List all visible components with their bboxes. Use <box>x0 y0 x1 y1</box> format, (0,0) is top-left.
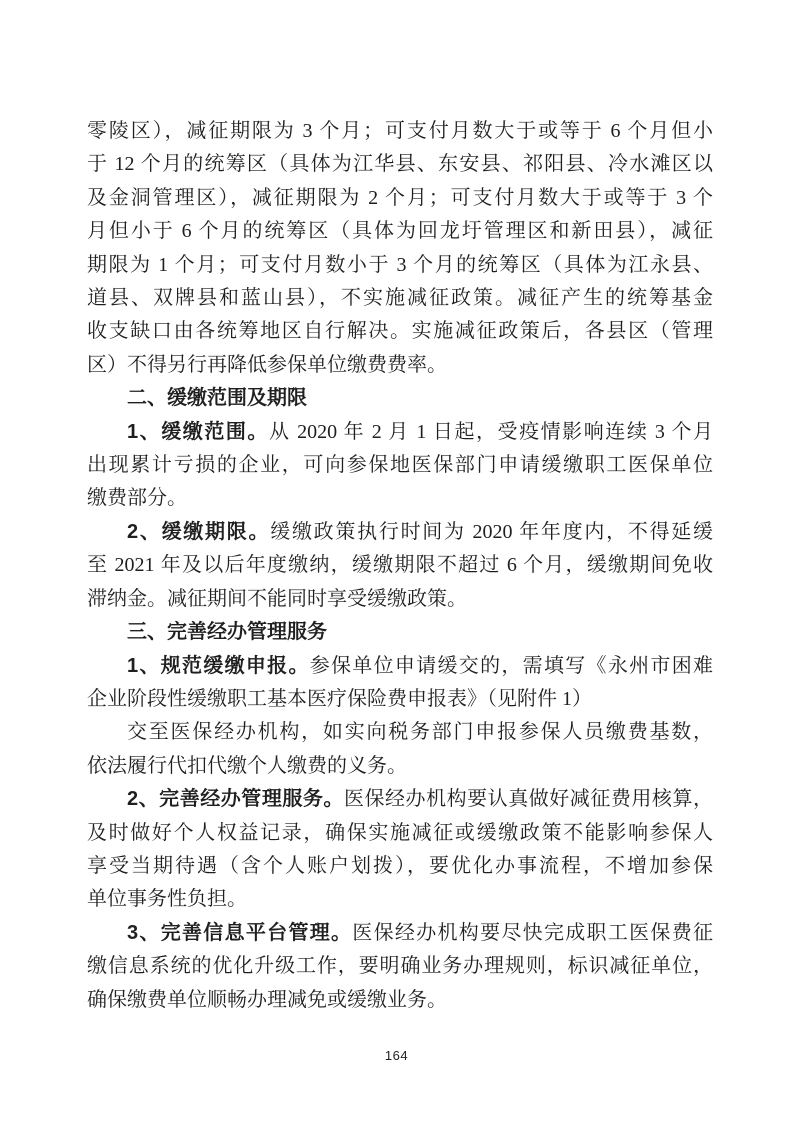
line-text: 及时做好个人权益记录，确保实施减征或缓缴政策不能影响参保人 <box>87 822 713 844</box>
document-line: 1、缓缴范围。从 2020 年 2 月 1 日起，受疫情影响连续 3 个月 <box>87 416 713 449</box>
line-text: 依法履行代扣代缴个人缴费的义务。 <box>87 755 407 777</box>
document-line: 零陵区），减征期限为 3 个月；可支付月数大于或等于 6 个月但小 <box>87 115 713 148</box>
document-line: 2、完善经办管理服务。医保经办机构要认真做好减征费用核算， <box>87 783 713 816</box>
document-line: 出现累计亏损的企业，可向参保地医保部门申请缓缴职工医保单位 <box>87 449 713 482</box>
document-line: 道县、双牌县和蓝山县），不实施减征政策。减征产生的统筹基金 <box>87 282 713 315</box>
document-line: 于 12 个月的统筹区（具体为江华县、东安县、祁阳县、冷水滩区以 <box>87 148 713 181</box>
document-page: 零陵区），减征期限为 3 个月；可支付月数大于或等于 6 个月但小于 12 个月… <box>0 0 793 1122</box>
document-line: 依法履行代扣代缴个人缴费的义务。 <box>87 750 713 783</box>
document-line: 及金洞管理区），减征期限为 2 个月；可支付月数大于或等于 3 个 <box>87 182 713 215</box>
line-text: 医保经办机构要尽快完成职工医保费征 <box>352 922 713 944</box>
document-line: 2、缓缴期限。缓缴政策执行时间为 2020 年年度内，不得延缓 <box>87 516 713 549</box>
line-text: 单位事务性负担。 <box>87 888 247 910</box>
line-text: 至 2021 年及以后年度缴纳，缓缴期限不超过 6 个月，缓缴期间免收 <box>87 554 713 576</box>
line-lead: 三、完善经办管理服务 <box>127 621 327 643</box>
line-text: 期限为 1 个月；可支付月数小于 3 个月的统筹区（具体为江永县、 <box>87 254 713 276</box>
line-text: 于 12 个月的统筹区（具体为江华县、东安县、祁阳县、冷水滩区以 <box>87 153 713 175</box>
line-text: 出现累计亏损的企业，可向参保地医保部门申请缓缴职工医保单位 <box>87 454 713 476</box>
document-line: 及时做好个人权益记录，确保实施减征或缓缴政策不能影响参保人 <box>87 817 713 850</box>
line-text: 参保单位申请缓交的，需填写《永州市困难 <box>310 655 713 677</box>
document-line: 区）不得另行再降低参保单位缴费费率。 <box>87 349 713 382</box>
document-line: 缴费部分。 <box>87 482 713 515</box>
line-text: 缴信息系统的优化升级工作，要明确业务办理规则，标识减征单位， <box>87 955 713 977</box>
document-line: 享受当期待遇（含个人账户划拨），要优化办事流程，不增加参保 <box>87 850 713 883</box>
document-line: 二、缓缴范围及期限 <box>87 382 713 415</box>
line-lead: 2、缓缴期限。 <box>127 521 270 543</box>
document-line: 缴信息系统的优化升级工作，要明确业务办理规则，标识减征单位， <box>87 950 713 983</box>
document-line: 滞纳金。减征期间不能同时享受缓缴政策。 <box>87 583 713 616</box>
line-lead: 1、规范缓缴申报。 <box>127 655 310 677</box>
line-text: 滞纳金。减征期间不能同时享受缓缴政策。 <box>87 588 467 610</box>
page-number: 164 <box>0 1048 793 1063</box>
document-line: 月但小于 6 个月的统筹区（具体为回龙圩管理区和新田县），减征 <box>87 215 713 248</box>
line-text: 道县、双牌县和蓝山县），不实施减征政策。减征产生的统筹基金 <box>87 287 713 309</box>
line-text: 企业阶段性缓缴职工基本医疗保险费申报表》（见附件 1） <box>87 688 592 710</box>
line-text: 零陵区），减征期限为 3 个月；可支付月数大于或等于 6 个月但小 <box>87 120 713 142</box>
line-text: 医保经办机构要认真做好减征费用核算， <box>344 788 713 810</box>
line-text: 缴费部分。 <box>87 487 187 509</box>
line-lead: 1、缓缴范围。 <box>127 421 269 443</box>
document-line: 单位事务性负担。 <box>87 883 713 916</box>
line-text: 收支缺口由各统筹地区自行解决。实施减征政策后，各县区（管理 <box>87 320 713 342</box>
document-line: 企业阶段性缓缴职工基本医疗保险费申报表》（见附件 1） <box>87 683 713 716</box>
document-line: 交至医保经办机构，如实向税务部门申报参保人员缴费基数， <box>87 716 713 749</box>
document-line: 三、完善经办管理服务 <box>87 616 713 649</box>
line-lead: 二、缓缴范围及期限 <box>127 387 307 409</box>
line-lead: 2、完善经办管理服务。 <box>127 788 344 810</box>
line-text: 享受当期待遇（含个人账户划拨），要优化办事流程，不增加参保 <box>87 855 713 877</box>
document-line: 确保缴费单位顺畅办理减免或缓缴业务。 <box>87 984 713 1017</box>
document-line: 期限为 1 个月；可支付月数小于 3 个月的统筹区（具体为江永县、 <box>87 249 713 282</box>
line-text: 交至医保经办机构，如实向税务部门申报参保人员缴费基数， <box>127 721 713 743</box>
line-text: 及金洞管理区），减征期限为 2 个月；可支付月数大于或等于 3 个 <box>87 187 713 209</box>
line-text: 从 2020 年 2 月 1 日起，受疫情影响连续 3 个月 <box>269 421 713 443</box>
line-lead: 3、完善信息平台管理。 <box>127 922 352 944</box>
line-text: 缓缴政策执行时间为 2020 年年度内，不得延缓 <box>270 521 713 543</box>
document-body: 零陵区），减征期限为 3 个月；可支付月数大于或等于 6 个月但小于 12 个月… <box>87 115 713 1017</box>
line-text: 区）不得另行再降低参保单位缴费费率。 <box>87 354 447 376</box>
document-line: 3、完善信息平台管理。医保经办机构要尽快完成职工医保费征 <box>87 917 713 950</box>
document-line: 至 2021 年及以后年度缴纳，缓缴期限不超过 6 个月，缓缴期间免收 <box>87 549 713 582</box>
document-line: 1、规范缓缴申报。参保单位申请缓交的，需填写《永州市困难 <box>87 650 713 683</box>
line-text: 确保缴费单位顺畅办理减免或缓缴业务。 <box>87 989 447 1011</box>
document-line: 收支缺口由各统筹地区自行解决。实施减征政策后，各县区（管理 <box>87 315 713 348</box>
line-text: 月但小于 6 个月的统筹区（具体为回龙圩管理区和新田县），减征 <box>87 220 713 242</box>
